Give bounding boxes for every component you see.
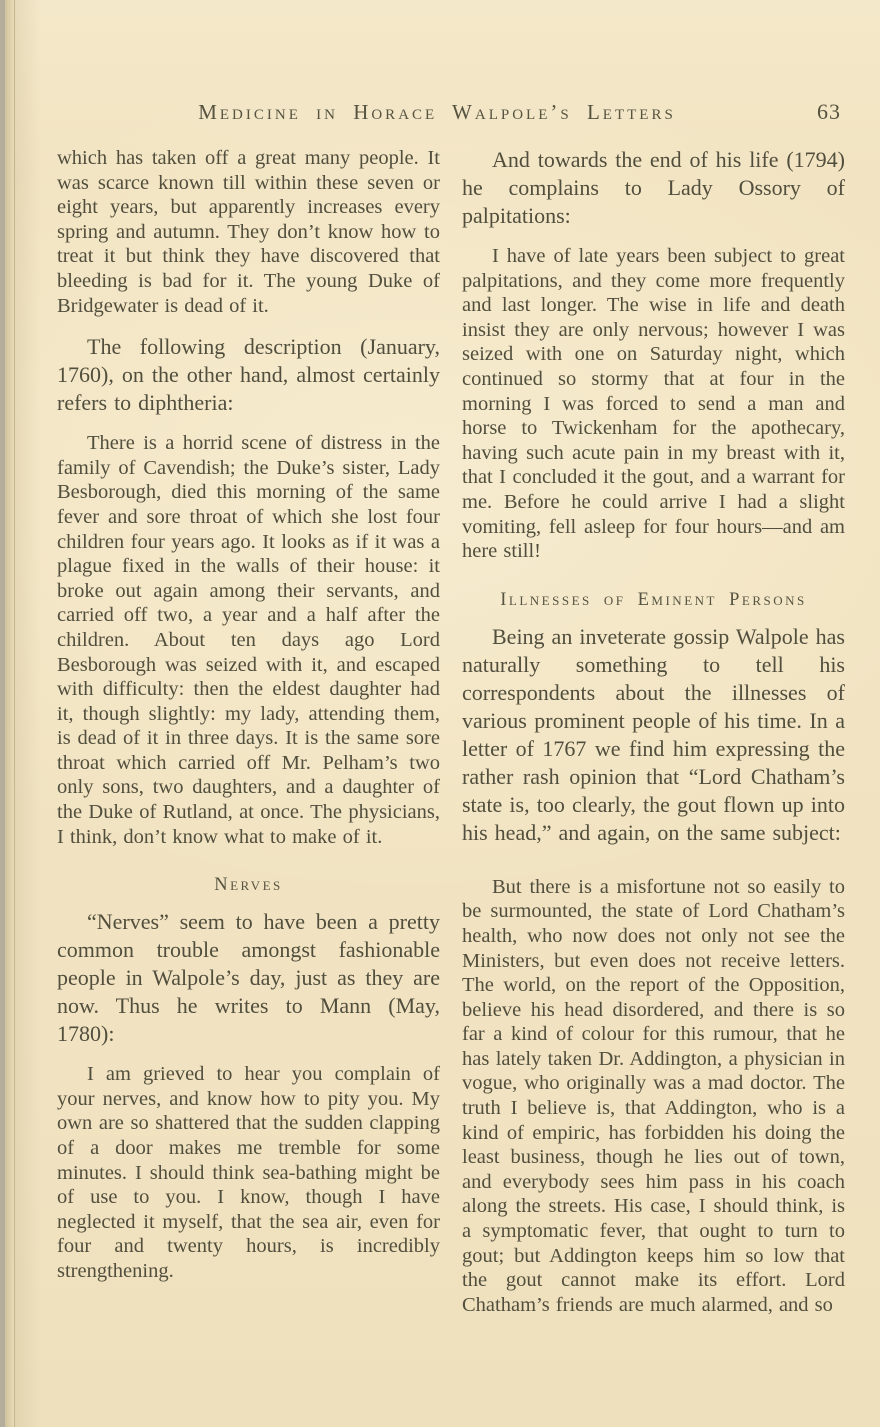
block-quote-nerves-letter: I am grieved to hear you complain of you… — [57, 1062, 440, 1283]
page-number: 63 — [817, 99, 841, 125]
body-paragraph-diphtheria-intro: The following description (January, 1760… — [57, 333, 440, 417]
left-column: which has taken off a great many people.… — [57, 146, 440, 1317]
block-quote-continuation: which has taken off a great many people.… — [57, 146, 440, 318]
section-heading-nerves: Nerves — [57, 875, 440, 896]
block-quote-cavendish: There is a horrid scene of distress in t… — [57, 431, 440, 849]
running-header-title: Medicine in Horace Walpole’s Letters — [43, 100, 831, 125]
body-paragraph-gossip: Being an inveterate gossip Walpole has n… — [462, 623, 845, 847]
running-header: Medicine in Horace Walpole’s Letters 63 — [57, 100, 845, 128]
body-paragraph-palpitations-intro: And towards the end of his life (1794) h… — [462, 146, 845, 230]
two-column-text-block: which has taken off a great many people.… — [57, 146, 845, 1317]
body-paragraph-nerves: “Nerves” seem to have been a pretty comm… — [57, 908, 440, 1048]
right-column: And towards the end of his life (1794) h… — [462, 146, 845, 1317]
book-page-scan: Medicine in Horace Walpole’s Letters 63 … — [0, 0, 880, 1427]
block-quote-palpitations-letter: I have of late years been subject to gre… — [462, 244, 845, 564]
section-heading-illnesses: Illnesses of Eminent Persons — [462, 590, 845, 611]
block-quote-chatham-letter: But there is a misfortune not so easily … — [462, 875, 845, 1318]
page-edge — [5, 0, 15, 1427]
page-edge-gradient — [15, 0, 41, 1427]
